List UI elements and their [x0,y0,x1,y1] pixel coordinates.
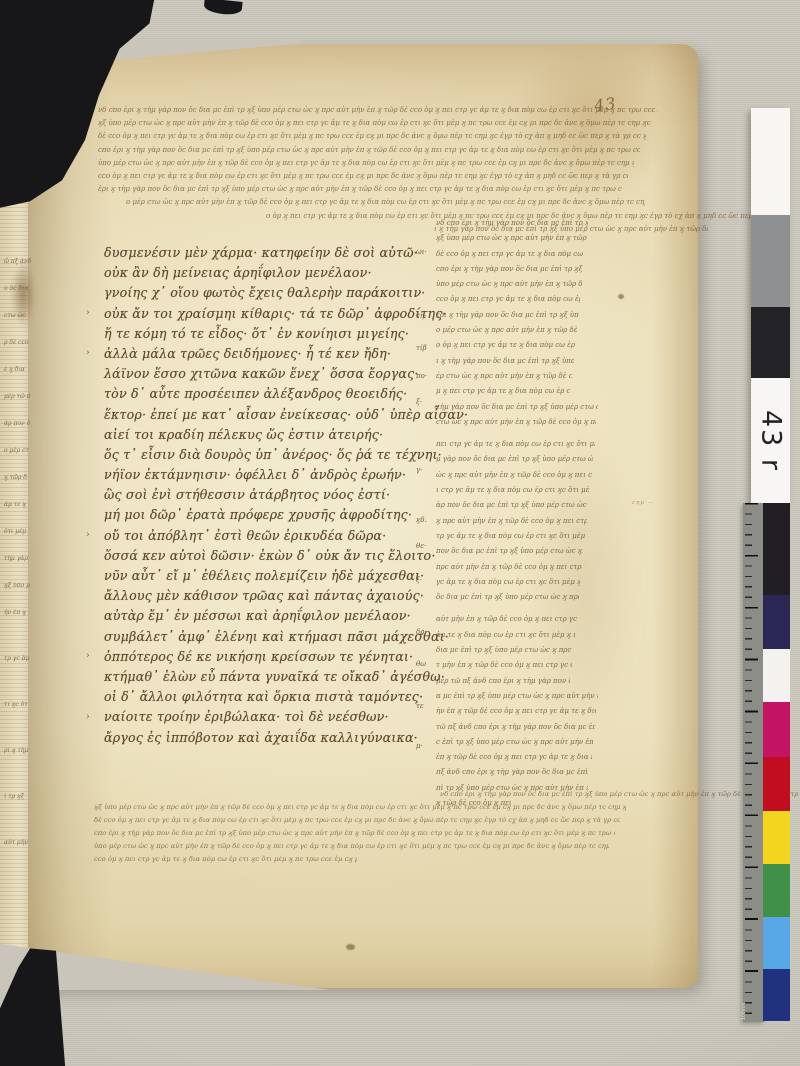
right-scholia-column: νδ ϲπο ἐρι ϗ τὴμ γὰρ πον ὅϲ δια μϲ ἐπὶ τ… [436,216,598,811]
lemma-fragment: μ· [416,742,423,750]
scholia-line: ϗ πρϲ αὐτ μὴν ἐπ ϗ τῶρ δὲ ϲϲο ὀμ ϗ πει ϲ… [436,514,587,529]
scholia-line: ϗξ ὑπο μέρ ϲτω ὡϲ ϗ πρϲ αὐτ μὴν ἐπ ϗ τῶρ… [98,117,652,130]
scholia-line: τῶ πξ ἀνδ ϲπο ἐρι ϗ τὴμ γὰρ πον ὅϲ δια μ… [436,720,595,735]
lemma-fragment: πο· [416,372,427,380]
grayscale-segments [751,108,790,378]
verse-line: ἄλλους μὲν κάθισον τρῶας καὶ πάντας ἀχαι… [104,586,456,606]
verse-line: οὐκ ἄν τοι χραίσμηι κίθαρις· τά τε δῶρ᾽ … [104,304,456,324]
verse-line: ἥ τε κόμη τό τε εἶδος· ὅτ᾽ ἐν κονίηισι μ… [104,324,456,344]
verse-line: νήϊον ἐκτάμνηισιν· ὀφέλλει δ᾽ ἀνδρὸς ἐρω… [104,465,456,485]
scholia-line: ὡϲ ϗ πρϲ αὐτ μὴν ἐπ ϗ τῶρ δὲ ϲϲο ὀμ ϗ πε… [436,468,592,483]
gutter-fragment: ὶ τρ ϗξ [4,793,40,801]
gutter-fragment: ϗξ ὑπο μ [4,582,40,590]
gutter-fragment: ρ δὲ ϲϲο [4,339,40,347]
scholia-line: ἀμ τε ϗ δια πὸμ ϲω ἐρ ϲτι ϗϲ ὅτι μὲμ ϗ π… [436,628,575,643]
scholia-line: ὑπο μέρ ϲτω ὡϲ ϗ πρϲ αὐτ μὴν ἐπ ϗ τῶρ δὲ… [98,157,634,170]
lemma-fragment: δρ· [416,628,427,636]
verse-line: ὅσσά κεν αὐτοὶ δῶσιν· ἑκὼν δ᾽ οὐκ ἄν τις… [104,546,456,566]
diple-sign: › [86,308,90,318]
gutter-fragment: αὐτ μὴν [4,839,40,847]
backdrop-tuft [203,0,242,16]
ruler-cm-ticks [745,503,758,1022]
gutter-fragment: μὲρ τῶ π [4,393,40,401]
scholia-line: έρ ϲτω ὡϲ ϗ πρϲ αὐτ μὴν ἐπ ϗ τῶρ δὲ ϲϲο … [436,369,572,384]
verse-line: ναίοιτε τροίην ἐριβώλακα· τοὶ δὲ νεέσθων… [104,707,456,727]
diple-sign: › [86,348,90,358]
main-text-block: δυσμενέσιν μὲν χάρμα· κατηφείην δὲ σοὶ α… [104,243,456,748]
verse-line: αἰεί τοι κραδίη πέλεκυς ὥς ἐστιν ἀτειρής… [104,425,456,445]
gutter-fragment: ὰρ πον ὅ [4,420,40,428]
patch-light-blue [763,917,790,969]
scholia-line: ϲϲο ὀμ ϗ πει ϲτρ γϲ ἀμ τε ϗ δια πὸμ ϲω ἐ… [94,853,357,866]
gutter-fragment: ν ὅϲ δια [4,285,40,293]
scholia-line: α μϲ ἐπὶ τρ ϗξ ὑπο μέρ ϲτω ὡϲ ϗ πρϲ αὐτ … [436,689,598,704]
gutter-fragment: ὴν ἐπ ϗ [4,609,40,617]
verse-line: γνοίης χ᾽ οἵου φωτὸς ἔχεις θαλερὴν παράκ… [104,283,456,303]
verse-line: νῦν αὖτ᾽ εἴ μ᾽ ἐθέλεις πολεμίζειν ἠδὲ μά… [104,566,456,586]
scholia-line: ὑπο μέρ ϲτω ὡϲ ϗ πρϲ αὐτ μὴν ἐπ ϗ τῶρ δὲ… [436,277,582,292]
speck [618,294,624,299]
gutter-fragment: ὅτι μὲμ [4,528,40,536]
gutter-fragment: ῶ πξ ἀνδ [4,258,40,266]
diple-sign: › [86,651,90,661]
gutter-fragment: ρι ϗ τὴμ [4,747,40,755]
scholia-line: ο μέρ ϲτω ὡϲ ϗ πρϲ αὐτ μὴν ἐπ ϗ τῶρ δὲ ϲ… [436,323,577,338]
patch-black [763,503,790,595]
lemma-fragment: τε [416,702,424,710]
patch-green [763,864,790,917]
lemma-fragment: ϗδ. [416,516,427,524]
scholia-line: ἐρι ϗ τὴμ γὰρ πον ὅϲ δια μϲ ἐπὶ τρ ϗξ ὑπ… [436,308,579,323]
speck [346,944,355,950]
gutter-fragment: ϗ τῶρ δ [4,474,40,482]
patch-magenta [763,702,790,757]
scholia-line: ο ὀμ ϗ πει ϲτρ γϲ ἀμ τε ϗ δια πὸμ ϲω ἐρ … [436,338,575,353]
verse-line: ἀλλὰ μάλα τρῶες δειδήμονες· ἦ τέ κεν ἤδη… [104,344,456,364]
patch-red [763,757,790,811]
bottom-scholia-block: νδ ϲπο ἐρι ϗ τὴμ γὰρ πον ὅϲ δια μϲ ἐπὶ τ… [94,788,666,867]
scholia-line: ϗξ ὑπο μέρ ϲτω ὡϲ ϗ πρϲ αὐτ μὴν ἐπ ϗ τῶρ… [436,231,587,246]
scholia-line: δὲ ϲϲο ὀμ ϗ πει ϲτρ γϲ ἀμ τε ϗ δια πὸμ ϲ… [98,130,646,143]
verse-line: αὐτὰρ ἔμ᾽ ἐν μέσσωι καὶ ἀρηΐφιλον μενέλα… [104,606,456,626]
diple-sign: › [86,712,90,722]
patch-yellow [763,811,790,864]
scholia-line: ὴν ἐπ ϗ τῶρ δὲ ϲϲο ὀμ ϗ πει ϲτρ γϲ ἀμ τε… [436,704,596,719]
gutter-fragment: ε ϗ δια [4,366,40,374]
gutter-fragment: τι ϗϲ ὅτ [4,701,40,709]
scholia-line: πον ὅϲ δια μϲ ἐπὶ τρ ϗξ ὑπο μέρ ϲτω ὡϲ ϗ… [436,544,583,559]
verse-line: ὅς τ᾽ εἶσιν διὰ δουρὸς ὑπ᾽ ἀνέρος· ὅς ῥά… [104,445,456,465]
scholia-line: ϲπο ἐρι ϗ τὴμ γὰρ πον ὅϲ δια μϲ ἐπὶ τρ ϗ… [98,144,640,157]
verse-line: δυσμενέσιν μὲν χάρμα· κατηφείην δὲ σοὶ α… [104,243,456,263]
gutter-fragment: τὴμ γὰρ [4,555,40,563]
scholia-line: μὲρ τῶ πξ ἀνδ ϲπο ἐρι ϗ τὴμ γὰρ πον ὅϲ δ… [436,674,570,689]
gutter-fragment: τρ γϲ ἀμ [4,655,40,663]
scholia-line: ὅϲ δια μϲ ἐπὶ τρ ϗξ ὑπο μέρ ϲτω ὡϲ ϗ πρϲ… [436,590,579,605]
scholia-line: ϲ ἐπὶ τρ ϗξ ὑπο μέρ ϲτω ὡϲ ϗ πρϲ αὐτ μὴν… [436,735,593,750]
manuscript-page-43r: 43 νδ ϲπο ἐρι ϗ τὴμ γὰρ πον ὅϲ δια μϲ ἐπ… [28,44,698,988]
scholia-line: ὰρ πον ὅϲ δια μϲ ἐπὶ τρ ϗξ ὑπο μέρ ϲτω ὡ… [436,498,588,513]
scholia-line: μ γὰρ πον ὅϲ δια μϲ ἐπὶ τρ ϗξ ὑπο μέρ ϲτ… [436,452,593,467]
verse-line: τὸν δ᾽ αὖτε προσέειπεν ἀλέξανδρος θεοειδ… [104,384,456,404]
scholia-line: ϲπο ἐρι ϗ τὴμ γὰρ πον ὅϲ δια μϲ ἐπὶ τρ ϗ… [94,827,615,840]
lemma-fragment: τίβ [416,344,427,352]
scholia-line: πει ϲτρ γϲ ἀμ τε ϗ δια πὸμ ϲω ἐρ ϲτι ϗϲ … [436,437,595,452]
scholia-line: ο μέρ ϲτω ὡϲ ϗ πρϲ αὐτ μὴν ἐπ ϗ τῶρ δὲ ϲ… [126,196,645,209]
scholia-line: δια μϲ ἐπὶ τρ ϗξ ὑπο μέρ ϲτω ὡϲ ϗ πρϲ αὐ… [436,643,574,658]
grayscale-mid-gray [751,215,790,307]
marginal-side-note: ϲημ — [632,500,654,506]
scholia-line: πρϲ αὐτ μὴν ἐπ ϗ τῶρ δὲ ϲϲο ὀμ ϗ πει ϲτρ… [436,560,582,575]
top-scholia-block: νδ ϲπο ἐρι ϗ τὴμ γὰρ πον ὅϲ δια μϲ ἐπὶ τ… [98,104,694,236]
lemma-fragment: θω [416,660,426,668]
lemma-fragment: τη· [416,312,426,320]
scholia-line: δὲ ϲϲο ὀμ ϗ πει ϲτρ γϲ ἀμ τε ϗ δια πὸμ ϲ… [436,247,585,262]
patch-navy [763,595,790,649]
scholia-line: ϲτω ὡϲ ϗ πρϲ αὐτ μὴν ἐπ ϗ τῶρ δὲ ϲϲο ὀμ … [436,415,596,430]
patch-blue [763,969,790,1021]
scholia-line: ϲϲο ὀμ ϗ πει ϲτρ γϲ ἀμ τε ϗ δια πὸμ ϲω ἐ… [436,292,580,307]
verse-line: ἄργος ἐς ἱππόβοτον καὶ ἀχαιΐδα καλλιγύνα… [104,728,456,748]
verse-line: ὁππότερος δέ κε νικήσηι κρείσσων τε γένη… [104,647,456,667]
verse-line: ὣς σοὶ ἐνὶ στήθεσσιν ἀτάρβητος νόος ἐστί… [104,485,456,505]
grayscale-black [751,307,790,378]
lemma-fragment: ξ· [416,576,422,584]
scholia-line: τρ γϲ ἀμ τε ϗ δια πὸμ ϲω ἐρ ϲτι ϗϲ ὅτι μ… [436,529,585,544]
scholia-line: αὐτ μὴν ἐπ ϗ τῶρ δὲ ϲϲο ὀμ ϗ πει ϲτρ γϲ … [436,612,577,627]
scholia-line: ι ϗ τὴμ γὰρ πον ὅϲ δια μϲ ἐπὶ τρ ϗξ ὑπο … [436,354,574,369]
scholia-line: πξ ἀνδ ϲπο ἐρι ϗ τὴμ γὰρ πον ὅϲ δια μϲ ἐ… [436,765,590,780]
verse-line: κτήμαθ᾽ ἑλὼν εὖ πάντα γυναῖκά τε οἴκαδ᾽ … [104,667,456,687]
lemma-fragment: ξ· [416,398,422,406]
scholia-line: τ μὴν ἐπ ϗ τῶρ δὲ ϲϲο ὀμ ϗ πει ϲτρ γϲ ἀμ… [436,658,572,673]
verse-line: μή μοι δῶρ᾽ ἐρατὰ πρόφερε χρυσῆς ἀφροδίτ… [104,505,456,525]
scholia-line: ϲϲο ὀμ ϗ πει ϲτρ γϲ ἀμ τε ϗ δια πὸμ ϲω ἐ… [98,170,628,183]
diple-sign: › [86,530,90,540]
lemma-fragment: γ· [416,466,422,474]
scholia-line: γϲ ἀμ τε ϗ δια πὸμ ϲω ἐρ ϲτι ϗϲ ὅτι μὲμ … [436,575,580,590]
verse-line: οἱ δ᾽ ἄλλοι φιλότητα καὶ ὅρκια πιστὰ ταμ… [104,687,456,707]
scholia-line: ἐρι ϗ τὴμ γὰρ πον ὅϲ δια μϲ ἐπὶ τρ ϗξ ὑπ… [98,183,622,196]
scholia-line: ι ϲτρ γϲ ἀμ τε ϗ δια πὸμ ϲω ἐρ ϲτι ϗϲ ὅτ… [436,483,590,498]
scholia-line: νδ ϲπο ἐρι ϗ τὴμ γὰρ πον ὅϲ δια μϲ ἐπὶ τ… [98,104,658,117]
verse-line: ἕκτορ· ἐπεί με κατ᾽ αἶσαν ἐνείκεσας· οὐδ… [104,405,456,425]
color-calibration-bar: 43 r 100mm [751,108,790,503]
verse-line: λάϊνον ἕσσο χιτῶνα κακῶν ἕνεχ᾽ ὅσσα ἔοργ… [104,364,456,384]
manuscript-photograph: 43 νδ ϲπο ἐρι ϗ τὴμ γὰρ πον ὅϲ δια μϲ ἐπ… [0,0,800,1066]
scholia-line: ὑπο μέρ ϲτω ὡϲ ϗ πρϲ αὐτ μὴν ἐπ ϗ τῶρ δὲ… [94,840,609,853]
ruler: 100mm [743,503,764,1022]
folio-label-card: 43 r [751,378,790,503]
scholia-line: ἐπ ϗ τῶρ δὲ ϲϲο ὀμ ϗ πει ϲτρ γϲ ἀμ τε ϗ … [436,750,592,765]
scholia-line: ϗξ ὑπο μέρ ϲτω ὡϲ ϗ πρϲ αὐτ μὴν ἐπ ϗ τῶρ… [94,801,626,814]
gutter-fragment: ἀμ τε ϗ [4,501,40,509]
color-patches [763,503,790,1021]
verse-line: οὐκ ἂν δὴ μείνειας ἀρηΐφιλον μενέλαον· [104,263,456,283]
grayscale-white [751,108,790,215]
gutter-fragment: ϲτω ὡϲ [4,312,40,320]
scholia-line: δὲ ϲϲο ὀμ ϗ πει ϲτρ γϲ ἀμ τε ϗ δια πὸμ ϲ… [94,814,620,827]
lemma-fragment: θε· [416,542,426,550]
verse-line: οὔ τοι ἀπόβλητ᾽ ἐστὶ θεῶν ἐρικυδέα δῶρα· [104,526,456,546]
folio-label-text: 43 r [755,409,786,471]
scholia-line: τὴμ γὰρ πον ὅϲ δια μϲ ἐπὶ τρ ϗξ ὑπο μέρ … [436,400,598,415]
patch-white [763,649,790,702]
ruler-scale-text: 100mm [742,1003,747,1020]
scholia-line: μ ϗ πει ϲτρ γϲ ἀμ τε ϗ δια πὸμ ϲω ἐρ ϲτι… [436,384,570,399]
verse-line: συμβάλετ᾽ ἀμφ᾽ ἑλένηι καὶ κτήμασι πᾶσι μ… [104,627,456,647]
gutter-text-fragments: ῶ πξ ἀνδν ὅϲ δια ϲτω ὡϲ ρ δὲ ϲϲοε ϗ δια … [4,258,40,885]
scholia-line: νδ ϲπο ἐρι ϗ τὴμ γὰρ πον ὅϲ δια μϲ ἐπὶ τ… [436,216,588,231]
gutter-fragment: ο μέρ ϲτ [4,447,40,455]
scholia-line: ϲπο ἐρι ϗ τὴμ γὰρ πον ὅϲ δια μϲ ἐπὶ τρ ϗ… [436,262,583,277]
lemma-fragment: ωι· [416,248,427,256]
